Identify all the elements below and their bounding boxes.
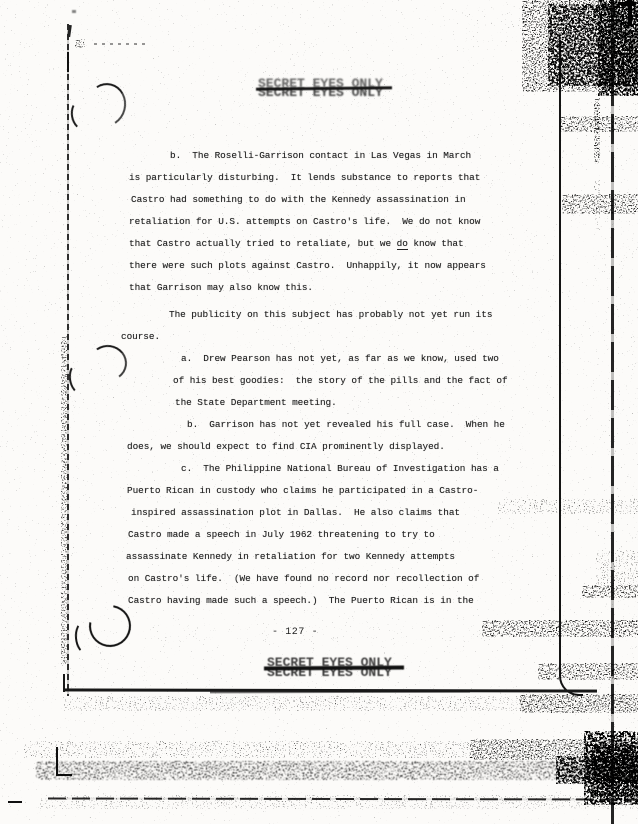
document-line: a. Drew Pearson has not yet, as far as w… [181, 353, 499, 365]
document-line: Castro having made such a speech.) The P… [128, 595, 474, 607]
document-line: there were such plots against Castro. Un… [129, 260, 486, 272]
scan-noise-patch [40, 795, 638, 809]
scan-noise-patch [626, 95, 638, 730]
document-line: of his best goodies: the story of the pi… [173, 375, 508, 387]
bottom-left-dash [8, 801, 22, 803]
scan-noise-patch [60, 70, 68, 330]
line-segment: that Castro actually tried to retaliate,… [129, 238, 397, 249]
document-line: The publicity on this subject has probab… [169, 309, 492, 321]
scan-noise-patch [61, 336, 67, 666]
document-line: b. The Roselli-Garrison contact in Las V… [170, 150, 471, 162]
scan-noise-patch [36, 761, 638, 780]
scan-noise-patch [75, 39, 85, 48]
document-line: the State Department meeting. [175, 397, 337, 409]
scan-noise-patch [594, 178, 600, 230]
scan-noise-patch [594, 98, 600, 164]
faint-dash-row [94, 43, 150, 45]
document-line: that Garrison may also know this. [129, 282, 313, 294]
document-line: inspired assassination plot in Dallas. H… [131, 507, 460, 519]
document-line: does, we should expect to find CIA promi… [127, 441, 445, 453]
scan-noise-patch [604, 92, 624, 732]
scanned-document-page: { "document": { "stamp_top": "SECRET EYE… [0, 0, 638, 824]
scan-noise-patch [150, 623, 550, 643]
scan-noise-patch [238, 66, 428, 110]
document-line: Puerto Rican in custody who claims he pa… [127, 485, 478, 497]
document-line: on Castro's life. (We have found no reco… [128, 573, 479, 585]
scan-noise-patch [592, 745, 638, 797]
bottom-left-corner-tick [63, 674, 65, 692]
margin-dot-mark [72, 10, 76, 13]
document-line: assassinate Kennedy in retaliation for t… [126, 551, 455, 563]
document-line: retaliation for U.S. attempts on Castro'… [129, 216, 480, 228]
scan-noise-patch [462, 6, 528, 42]
page-border-left-dark-segment [67, 52, 69, 72]
document-line: that Castro actually tried to retaliate,… [129, 238, 464, 250]
scan-noise-patch [598, 0, 638, 96]
underlined-word: do [397, 238, 408, 250]
document-line: c. The Philippine National Bureau of Inv… [181, 463, 499, 475]
document-line: course. [121, 331, 160, 343]
page-border-right-line [559, 40, 561, 658]
document-line: Castro had something to do with the Kenn… [131, 194, 466, 206]
document-line: b. Garrison has not yet revealed his ful… [187, 419, 505, 431]
line-segment: know that [408, 238, 464, 249]
classification-stamp-bottom: SECRET EYES ONLY SECRET EYES ONLY [267, 655, 407, 681]
document-line: is particularly disturbing. It lends sub… [129, 172, 480, 184]
document-line: Castro made a speech in July 1962 threat… [128, 529, 435, 541]
